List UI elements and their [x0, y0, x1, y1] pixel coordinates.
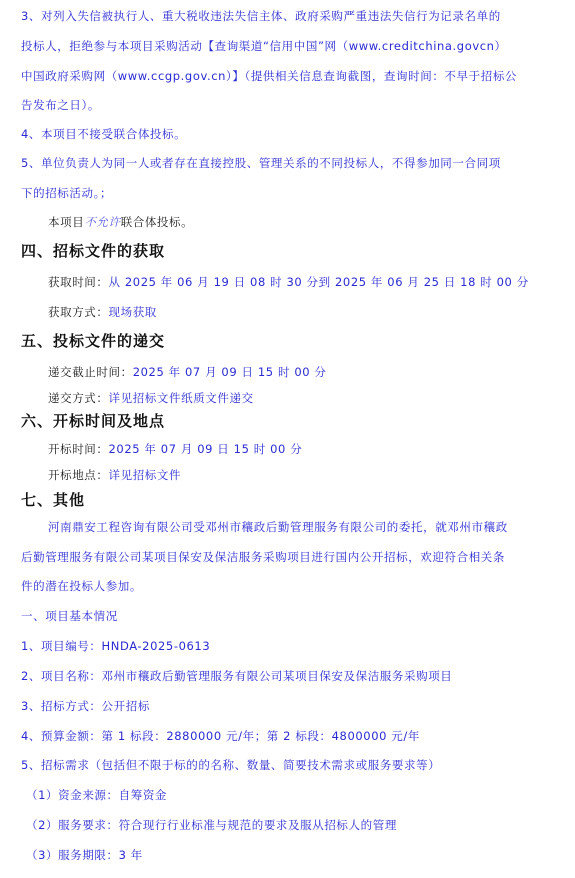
opening-place-label: 开标地点： — [48, 468, 109, 482]
heading-submit-docs: 五、投标文件的递交 — [21, 331, 165, 351]
obtain-time-value: 从 2025 年 06 月 19 日 08 时 30 分到 2025 年 06 … — [109, 275, 529, 289]
qual-item-3-line1: 3、对列入失信被执行人、重大税收违法失信主体、政府采购严重违法失信行为记录名单的 — [21, 8, 501, 24]
project-item-2: 2、项目名称：邓州市穰政后勤管理服务有限公司某项目保安及保洁服务采购项目 — [21, 668, 452, 684]
consortium-statement: 本项目不允许联合体投标。 — [48, 214, 193, 230]
opening-place-row: 开标地点：详见招标文件 — [48, 467, 181, 483]
project-basic-info-heading: 一、项目基本情况 — [21, 608, 118, 624]
project-item-5: 5、招标需求（包括但不限于标的的名称、数量、简要技术需求或服务要求等） — [21, 757, 440, 773]
project-item-1: 1、项目编号：HNDA-2025-0613 — [21, 638, 210, 654]
heading-opening: 六、开标时间及地点 — [21, 411, 165, 431]
opening-time-value: 2025 年 07 月 09 日 15 时 00 分 — [109, 442, 303, 456]
consortium-suffix: 联合体投标。 — [121, 215, 194, 229]
submit-deadline-value: 2025 年 07 月 09 日 15 时 00 分 — [133, 365, 327, 379]
other-para-line2: 后勤管理服务有限公司某项目保安及保洁服务采购项目进行国内公开招标，欢迎符合相关条 — [21, 549, 505, 565]
submit-method-value: 详见招标文件纸质文件递交 — [109, 391, 254, 405]
opening-time-row: 开标时间：2025 年 07 月 09 日 15 时 00 分 — [48, 441, 302, 457]
other-para-line1: 河南鼎安工程咨询有限公司受邓州市穰政后勤管理服务有限公司的委托，就邓州市穰政 — [48, 519, 508, 535]
qual-item-3-line4: 告发布之日）。 — [21, 97, 100, 113]
submit-deadline-row: 递交截止时间：2025 年 07 月 09 日 15 时 00 分 — [48, 364, 327, 380]
opening-time-label: 开标时间： — [48, 442, 109, 456]
consortium-prefix: 本项目 — [48, 215, 84, 229]
obtain-method-row: 获取方式：现场获取 — [48, 304, 157, 320]
heading-obtain-docs: 四、招标文件的获取 — [21, 241, 165, 261]
obtain-time-label: 获取时间： — [48, 275, 109, 289]
submit-method-label: 递交方式： — [48, 391, 109, 405]
submit-deadline-label: 递交截止时间： — [48, 365, 133, 379]
project-item-3: 3、招标方式：公开招标 — [21, 698, 150, 714]
heading-other: 七、其他 — [21, 490, 85, 510]
qual-item-3-line3: 中国政府采购网（www.ccgp.gov.cn）】（提供相关信息查询截图，查询时… — [21, 68, 517, 84]
qual-item-5-line2: 下的招标活动。； — [21, 185, 112, 201]
obtain-method-label: 获取方式： — [48, 305, 109, 319]
submit-method-row: 递交方式：详见招标文件纸质文件递交 — [48, 390, 254, 406]
requirement-subitem-1: （1）资金来源：自筹资金 — [26, 787, 167, 803]
obtain-method-value: 现场获取 — [109, 305, 157, 319]
qual-item-3-line2: 投标人，拒绝参与本项目采购活动【查询渠道“信用中国”网（www.creditch… — [21, 38, 507, 54]
consortium-emphasis: 不允许 — [84, 215, 120, 229]
qual-item-5-line1: 5、单位负责人为同一人或者存在直接控股、管理关系的不同投标人，不得参加同一合同项 — [21, 155, 501, 171]
qual-item-4: 4、本项目不接受联合体投标。 — [21, 126, 186, 142]
other-para-line3: 件的潜在投标人参加。 — [21, 578, 142, 594]
requirement-subitem-2: （2）服务要求：符合现行行业标准与规范的要求及服从招标人的管理 — [26, 817, 397, 833]
project-item-4: 4、预算金额：第 1 标段：2880000 元/年；第 2 标段：4800000… — [21, 728, 420, 744]
requirement-subitem-3: （3）服务期限：3 年 — [26, 847, 143, 863]
opening-place-value: 详见招标文件 — [109, 468, 182, 482]
obtain-time-row: 获取时间：从 2025 年 06 月 19 日 08 时 30 分到 2025 … — [48, 274, 529, 290]
